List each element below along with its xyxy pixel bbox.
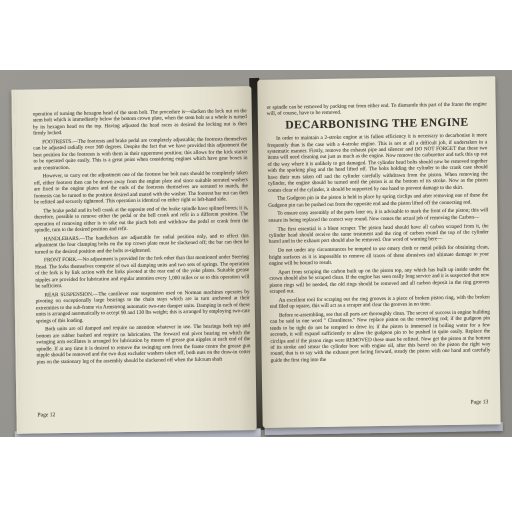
right-page-body: In order to maintain a 2-stroke engine a… bbox=[267, 132, 491, 364]
right-page-text: or spindle can be removed by packing out… bbox=[267, 101, 491, 366]
paragraph: HANDLEBARS.—The handlebars are adjustabl… bbox=[35, 233, 249, 256]
paragraph: Both units are oil damped and require no… bbox=[36, 323, 251, 365]
paragraph: Do not under any circumstances be tempte… bbox=[269, 244, 489, 267]
right-page-intro: or spindle can be removed by packing out… bbox=[267, 101, 487, 117]
paragraph: Before re-assembling, see that all parts… bbox=[270, 309, 491, 364]
photo-background: operation of turning the hexagon head of… bbox=[0, 70, 512, 437]
paragraph: REAR SUSPENSION.—The cantilever rear sus… bbox=[36, 289, 250, 325]
left-page-text: operation of turning the hexagon head of… bbox=[33, 108, 251, 368]
left-page: operation of turning the hexagon head of… bbox=[11, 86, 256, 434]
paragraph: or spindle can be removed by packing out… bbox=[267, 101, 487, 117]
section-heading: DECARBONISING THE ENGINE bbox=[267, 116, 487, 132]
paragraph: The brake pedal and its bell crank at th… bbox=[34, 205, 248, 234]
paragraph: operation of turning the hexagon head of… bbox=[33, 108, 247, 137]
paragraph: However, to carry out the adjustment one… bbox=[34, 171, 248, 207]
paragraph: The Gudgeon pin in the piston is held in… bbox=[268, 193, 488, 209]
right-page: or spindle can be removed by packing out… bbox=[257, 76, 500, 428]
open-booklet: operation of turning the hexagon head of… bbox=[5, 76, 506, 436]
paragraph: To ensure easy assembly of the parts lat… bbox=[268, 208, 488, 224]
paragraph: FOOTRESTS.—The footrests and brake pedal… bbox=[33, 136, 247, 172]
paragraph: In order to maintain a 2-stroke engine a… bbox=[267, 132, 488, 194]
paragraph: An excellent tool for scraping out the r… bbox=[270, 294, 490, 310]
page-number-right: Page 13 bbox=[470, 399, 488, 405]
paragraph: FRONT FORK.—No adjustment is provided fo… bbox=[35, 255, 249, 291]
page-number-left: Page 12 bbox=[37, 412, 55, 418]
paragraph: The first essential is a blunt scraper. … bbox=[269, 223, 489, 246]
paragraph: Apart from scraping the carbon built up … bbox=[269, 266, 489, 295]
